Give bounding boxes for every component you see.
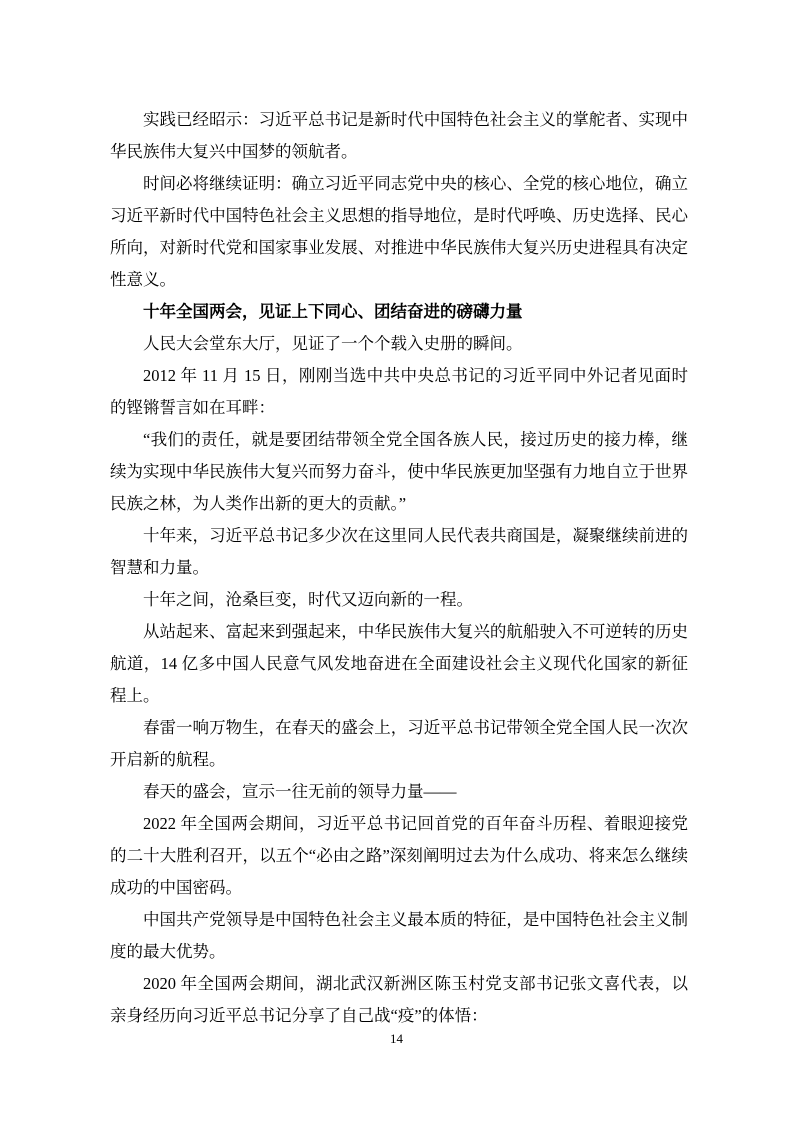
paragraph: 从站起来、富起来到强起来，中华民族伟大复兴的航船驶入不可逆转的历史航道，14 亿… xyxy=(110,616,688,712)
paragraph: 中国共产党领导是中国特色社会主义最本质的特征，是中国特色社会主义制度的最大优势。 xyxy=(110,904,688,968)
paragraph: 2022 年全国两会期间，习近平总书记回首党的百年奋斗历程、着眼迎接党的二十大胜… xyxy=(110,808,688,904)
paragraph: 十年来，习近平总书记多少次在这里同人民代表共商国是，凝聚继续前进的智慧和力量。 xyxy=(110,520,688,584)
document-page: 实践已经昭示：习近平总书记是新时代中国特色社会主义的掌舵者、实现中华民族伟大复兴… xyxy=(0,0,793,1122)
paragraph: 2020 年全国两会期间，湖北武汉新洲区陈玉村党支部书记张文喜代表，以亲身经历向… xyxy=(110,968,688,1032)
section-heading: 十年全国两会，见证上下同心、团结奋进的磅礴力量 xyxy=(110,296,688,328)
paragraph: 春天的盛会，宣示一往无前的领导力量—— xyxy=(110,776,688,808)
paragraph: 春雷一响万物生，在春天的盛会上，习近平总书记带领全党全国人民一次次开启新的航程。 xyxy=(110,712,688,776)
page-content: 实践已经昭示：习近平总书记是新时代中国特色社会主义的掌舵者、实现中华民族伟大复兴… xyxy=(110,104,688,1032)
paragraph: 2012 年 11 月 15 日，刚刚当选中共中央总书记的习近平同中外记者见面时… xyxy=(110,360,688,424)
paragraph: “我们的责任，就是要团结带领全党全国各族人民，接过历史的接力棒，继续为实现中华民… xyxy=(110,424,688,520)
paragraph: 十年之间，沧桑巨变，时代又迈向新的一程。 xyxy=(110,584,688,616)
paragraph: 人民大会堂东大厅，见证了一个个载入史册的瞬间。 xyxy=(110,328,688,360)
paragraph: 时间必将继续证明：确立习近平同志党中央的核心、全党的核心地位，确立习近平新时代中… xyxy=(110,168,688,296)
page-footer: 14 xyxy=(0,1030,793,1048)
page-number: 14 xyxy=(390,1031,403,1046)
paragraph: 实践已经昭示：习近平总书记是新时代中国特色社会主义的掌舵者、实现中华民族伟大复兴… xyxy=(110,104,688,168)
